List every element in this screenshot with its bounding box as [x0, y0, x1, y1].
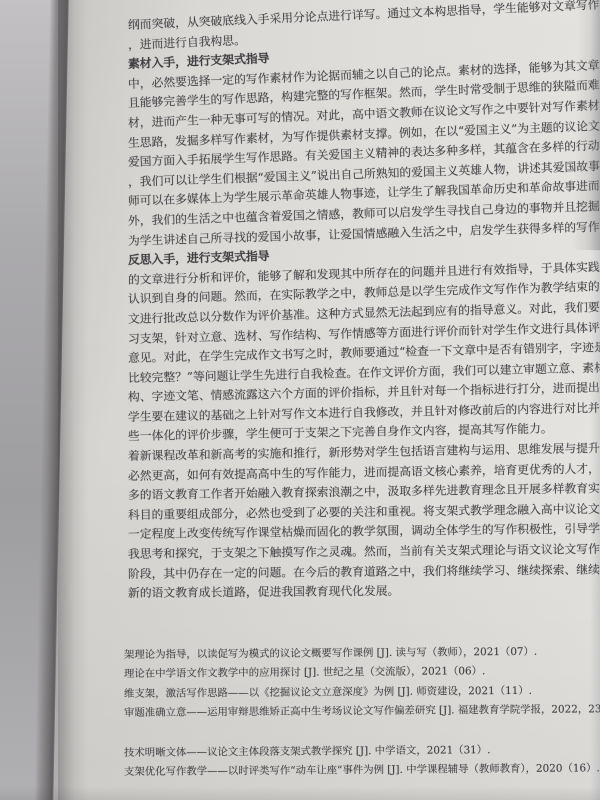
body-text: 纲而突破，从突破底线入手采用分论点进行详写。通过文本构思指导，学生能够对文章写作… — [128, 16, 600, 604]
reference-line: 审题准确立意——运用审辩思维矫正高中生考场议论文写作偏差研究 [J]. 福建教育… — [124, 700, 600, 724]
book-page: 纲而突破，从突破底线入手采用分论点进行详写。通过文本构思指导，学生能够对文章写作… — [58, 0, 600, 800]
reference-list: 架理论为指导，以读促写为模式的议论文概要写作课例 [J]. 读与写（教师），20… — [124, 646, 600, 782]
body-text-line: 新的语文教育成长道路，促进我国教育现代化发展。 — [128, 580, 600, 604]
reference-line: 支架优化写作教学——以时评类写作“动车让座”事件为例 [J]. 中学课程辅导（教… — [124, 759, 600, 783]
photographed-paper-page: 纲而突破，从突破底线入手采用分论点进行详写。通过文本构思指导，学生能够对文章写作… — [0, 0, 600, 800]
